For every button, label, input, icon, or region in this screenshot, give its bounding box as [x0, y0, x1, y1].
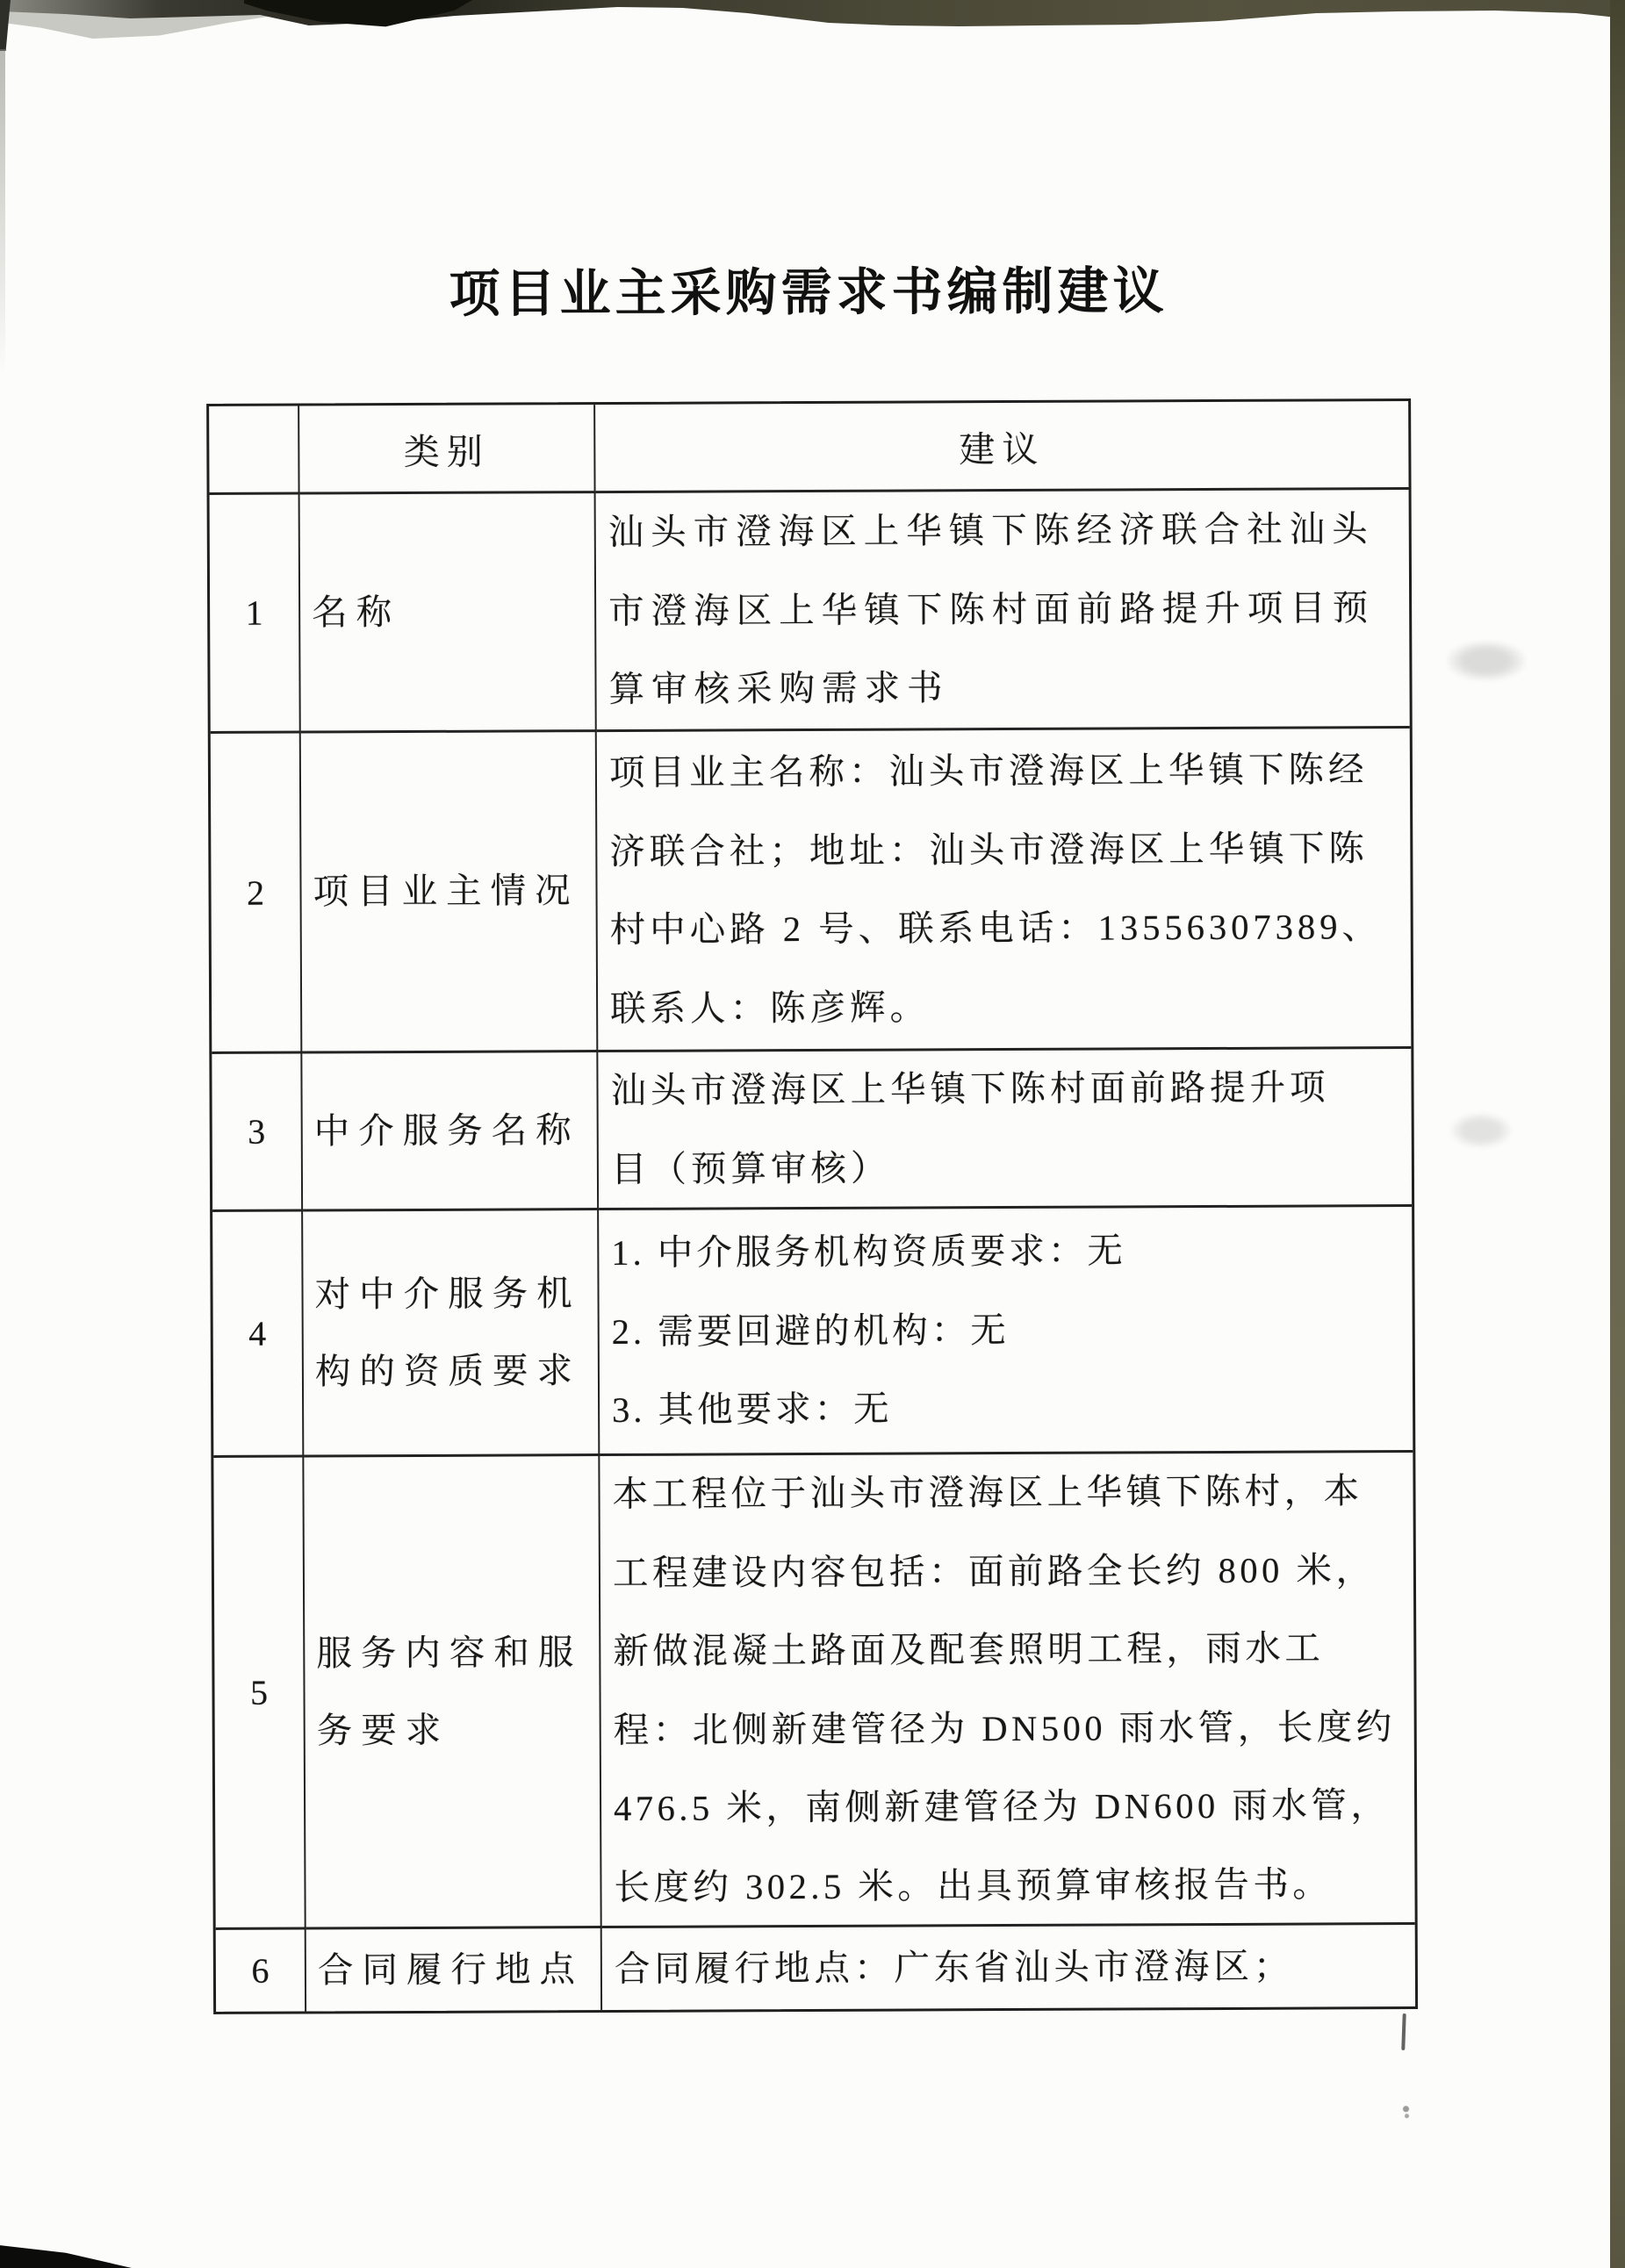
row-number-cell: 6 — [216, 1927, 306, 2012]
row-category-cell: 服务内容和服 务要求 — [304, 1453, 601, 1927]
table-row: 5 服务内容和服 务要求 本工程位于汕头市澄海区上华镇下陈村，本 工程建设内容包… — [213, 1450, 1414, 1927]
row-number-cell: 3 — [212, 1051, 303, 1209]
table-row: 2 项目业主情况 项目业主名称：汕头市澄海区上华镇下陈经 济联合社；地址：汕头市… — [211, 726, 1412, 1051]
row-number-cell: 1 — [210, 492, 301, 731]
row-category-cell: 项目业主情况 — [301, 729, 599, 1051]
header-suggestion-cell: 建议 — [595, 401, 1408, 491]
row-number-cell: 4 — [212, 1209, 304, 1455]
header-index-cell — [209, 406, 299, 492]
table-header-row: 类别 建议 — [209, 401, 1408, 492]
header-category-cell: 类别 — [299, 405, 595, 492]
document-content: 项目业主采购需求书编制建议 类别 建议 1 名称 汕头市澄海区上华镇下陈经济联合… — [0, 0, 1625, 2268]
suggestions-table: 类别 建议 1 名称 汕头市澄海区上华镇下陈经济联合社汕头 市澄海区上华镇下陈村… — [206, 398, 1418, 2014]
page-title: 项目业主采购需求书编制建议 — [0, 248, 1621, 328]
row-content-cell: 项目业主名称：汕头市澄海区上华镇下陈经 济联合社；地址：汕头市澄海区上华镇下陈 … — [597, 726, 1412, 1050]
row-number-cell: 5 — [213, 1455, 306, 1927]
table-row: 3 中介服务名称 汕头市澄海区上华镇下陈村面前路提升项 目（预算审核） — [212, 1046, 1412, 1209]
row-content-cell: 1. 中介服务机构资质要求：无 2. 需要回避的机构：无 3. 其他要求：无 — [599, 1204, 1413, 1453]
row-category-cell: 合同履行地点 — [306, 1926, 602, 2011]
row-content-cell: 汕头市澄海区上华镇下陈村面前路提升项 目（预算审核） — [598, 1046, 1412, 1208]
row-content-cell: 合同履行地点：广东省汕头市澄海区； — [602, 1922, 1415, 2010]
scanned-page: 项目业主采购需求书编制建议 类别 建议 1 名称 汕头市澄海区上华镇下陈经济联合… — [0, 0, 1625, 2268]
row-category-cell: 名称 — [300, 491, 597, 730]
table-body: 1 名称 汕头市澄海区上华镇下陈经济联合社汕头 市澄海区上华镇下陈村面前路提升项… — [210, 487, 1416, 2012]
row-content-cell: 汕头市澄海区上华镇下陈经济联合社汕头 市澄海区上华镇下陈村面前路提升项目预 算审… — [596, 487, 1410, 729]
row-category-cell: 对中介服务机 构的资质要求 — [303, 1208, 600, 1454]
table-row: 4 对中介服务机 构的资质要求 1. 中介服务机构资质要求：无 2. 需要回避的… — [212, 1204, 1413, 1455]
row-category-cell: 中介服务名称 — [302, 1050, 599, 1209]
table-row: 6 合同履行地点 合同履行地点：广东省汕头市澄海区； — [216, 1922, 1415, 2012]
row-number-cell: 2 — [211, 731, 303, 1051]
table-row: 1 名称 汕头市澄海区上华镇下陈经济联合社汕头 市澄海区上华镇下陈村面前路提升项… — [210, 487, 1410, 731]
row-content-cell: 本工程位于汕头市澄海区上华镇下陈村，本 工程建设内容包括：面前路全长约 800 … — [600, 1450, 1414, 1926]
